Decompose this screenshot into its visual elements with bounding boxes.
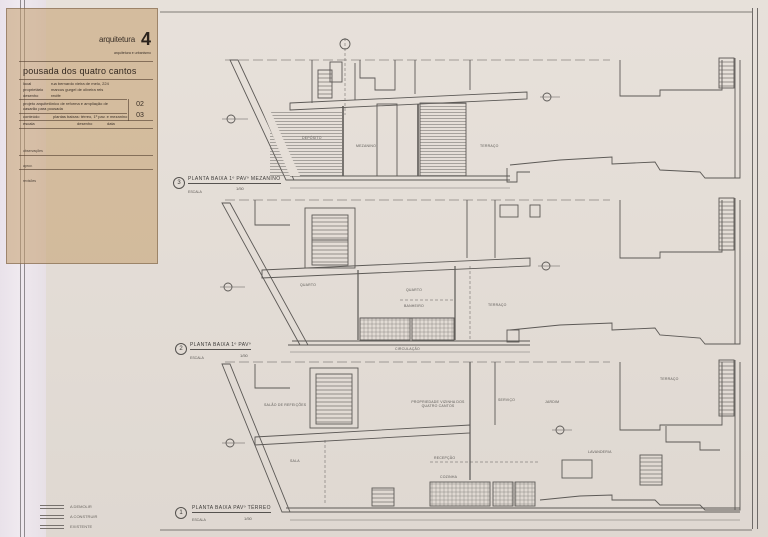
plan-scale-3: 1/50 [236, 186, 244, 191]
legend-swatch [40, 525, 64, 529]
legend-label: A DEMOLIR [70, 504, 92, 509]
room-label: SERVIÇO [498, 398, 515, 402]
room-label: SALA [290, 459, 300, 463]
plan-scale-2: 1/50 [240, 353, 248, 358]
legend-item: A CONSTRUIR [40, 514, 97, 519]
room-label: TERRAÇO [480, 144, 499, 148]
plan-title-2: PLANTA BAIXA 1º PAVº [190, 342, 251, 350]
legend-label: A CONSTRUIR [70, 514, 97, 519]
plan-title-1: PLANTA BAIXA PAVº TÉRREO [192, 505, 271, 513]
room-label: CIRCULAÇÃO [395, 347, 420, 351]
room-label: BANHEIRO [404, 304, 424, 308]
plan-scale-1: 1/50 [244, 516, 252, 521]
room-label: TERRAÇO [660, 377, 679, 381]
drawing-sheet: arquitetura 4 arquitetura e urbanismo po… [0, 0, 768, 537]
plan-title-3: PLANTA BAIXA 1º PAVº MEZANINO [188, 176, 281, 184]
room-label: RECEPÇÃO [434, 456, 455, 460]
floor-plan-drawing [0, 0, 768, 537]
legend-item: A DEMOLIR [40, 504, 92, 509]
plan-subtitle-2: ESCALA [190, 356, 204, 360]
legend-label: EXISTENTE [70, 524, 92, 529]
room-label: MEZANINO [356, 144, 376, 148]
room-label: JARDIM [545, 400, 559, 404]
plan-number-2: 2 [175, 343, 187, 355]
legend-swatch [40, 505, 64, 509]
legend-item: EXISTENTE [40, 524, 92, 529]
room-label: SALÃO DE REFEIÇÕES [264, 403, 306, 407]
plan-subtitle-3: ESCALA [188, 190, 202, 194]
room-label: QUARTO [406, 288, 422, 292]
legend-swatch [40, 515, 64, 519]
room-label: COZINHA [440, 475, 457, 479]
room-label: DEPÓSITO [302, 136, 322, 140]
room-label: TERRAÇO [488, 303, 507, 307]
plan-number-3: 3 [173, 177, 185, 189]
plan-number-1: 1 [175, 507, 187, 519]
room-label: QUARTO [300, 283, 316, 287]
plan-subtitle-1: ESCALA [192, 518, 206, 522]
room-label: LAVANDERIA [588, 450, 612, 454]
room-label: PROPRIEDADE VIZINHA DOS QUATRO CANTOS [408, 400, 468, 408]
